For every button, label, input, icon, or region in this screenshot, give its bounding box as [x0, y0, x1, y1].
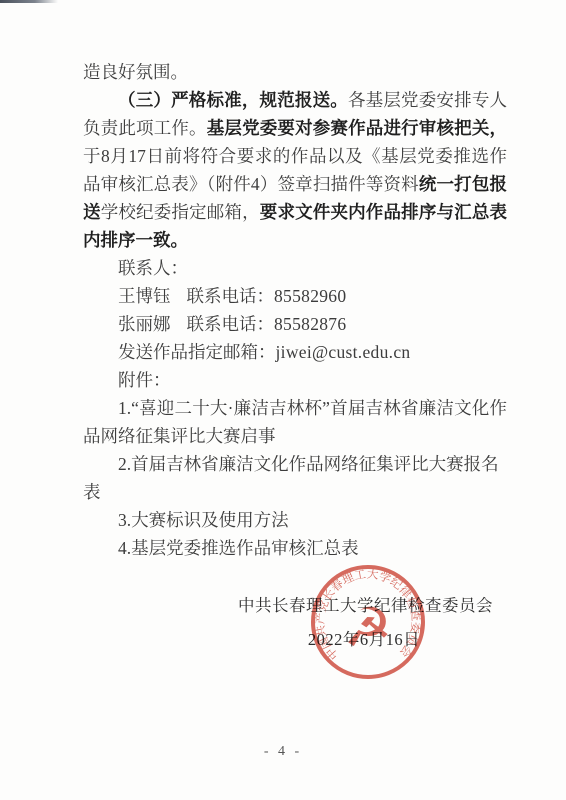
phone-label: 联系电话：: [187, 286, 275, 306]
phone-label: 联系电话：: [187, 314, 275, 334]
contact-name: 张丽娜: [118, 314, 171, 334]
attachment-item: 3.大赛标识及使用方法: [83, 506, 507, 534]
contact-phone: 85582960: [274, 286, 346, 306]
attachment-item: 2.首届吉林省廉洁文化作品网络征集评比大赛报名表: [83, 450, 507, 506]
body-text: 学校纪委指定邮箱，: [101, 202, 260, 222]
contacts-label: 联系人：: [83, 254, 507, 282]
contact-name: 王博钰: [118, 286, 171, 306]
section3-heading: （三）严格标准，规范报送。: [118, 90, 348, 110]
attachment-item: 1.“喜迎二十大·廉洁吉林杯”首届吉林省廉洁文化作品网络征集评比大赛启事: [83, 394, 507, 450]
contact-row: 张丽娜联系电话：85582876: [83, 310, 507, 338]
contact-phone: 85582876: [274, 314, 346, 334]
official-seal: 中国共产党长春理工大学纪律检查委员会 ☭: [286, 540, 450, 704]
body-text: 造良好氛围。: [83, 62, 188, 82]
scan-artifact: [0, 0, 58, 3]
page-number: - 4 -: [0, 744, 566, 760]
attachments-label: 附件：: [83, 366, 507, 394]
paragraph-section3: （三）严格标准，规范报送。各基层党委安排专人负责此项工作。基层党委要对参赛作品进…: [83, 86, 507, 254]
email-address: jiwei@cust.edu.cn: [276, 342, 411, 362]
contact-row: 王博钰联系电话：85582960: [83, 282, 507, 310]
scanned-document-page: 造良好氛围。 （三）严格标准，规范报送。各基层党委安排专人负责此项工作。基层党委…: [0, 0, 566, 800]
email-row: 发送作品指定邮箱：jiwei@cust.edu.cn: [83, 338, 507, 366]
email-label: 发送作品指定邮箱：: [118, 342, 276, 362]
hammer-sickle-icon: ☭: [344, 596, 392, 659]
paragraph-continuation: 造良好氛围。: [83, 58, 507, 86]
document-body: 造良好氛围。 （三）严格标准，规范报送。各基层党委安排专人负责此项工作。基层党委…: [83, 58, 507, 562]
emphasis-text: 基层党委要对参赛作品进行审核把关，: [207, 118, 507, 138]
